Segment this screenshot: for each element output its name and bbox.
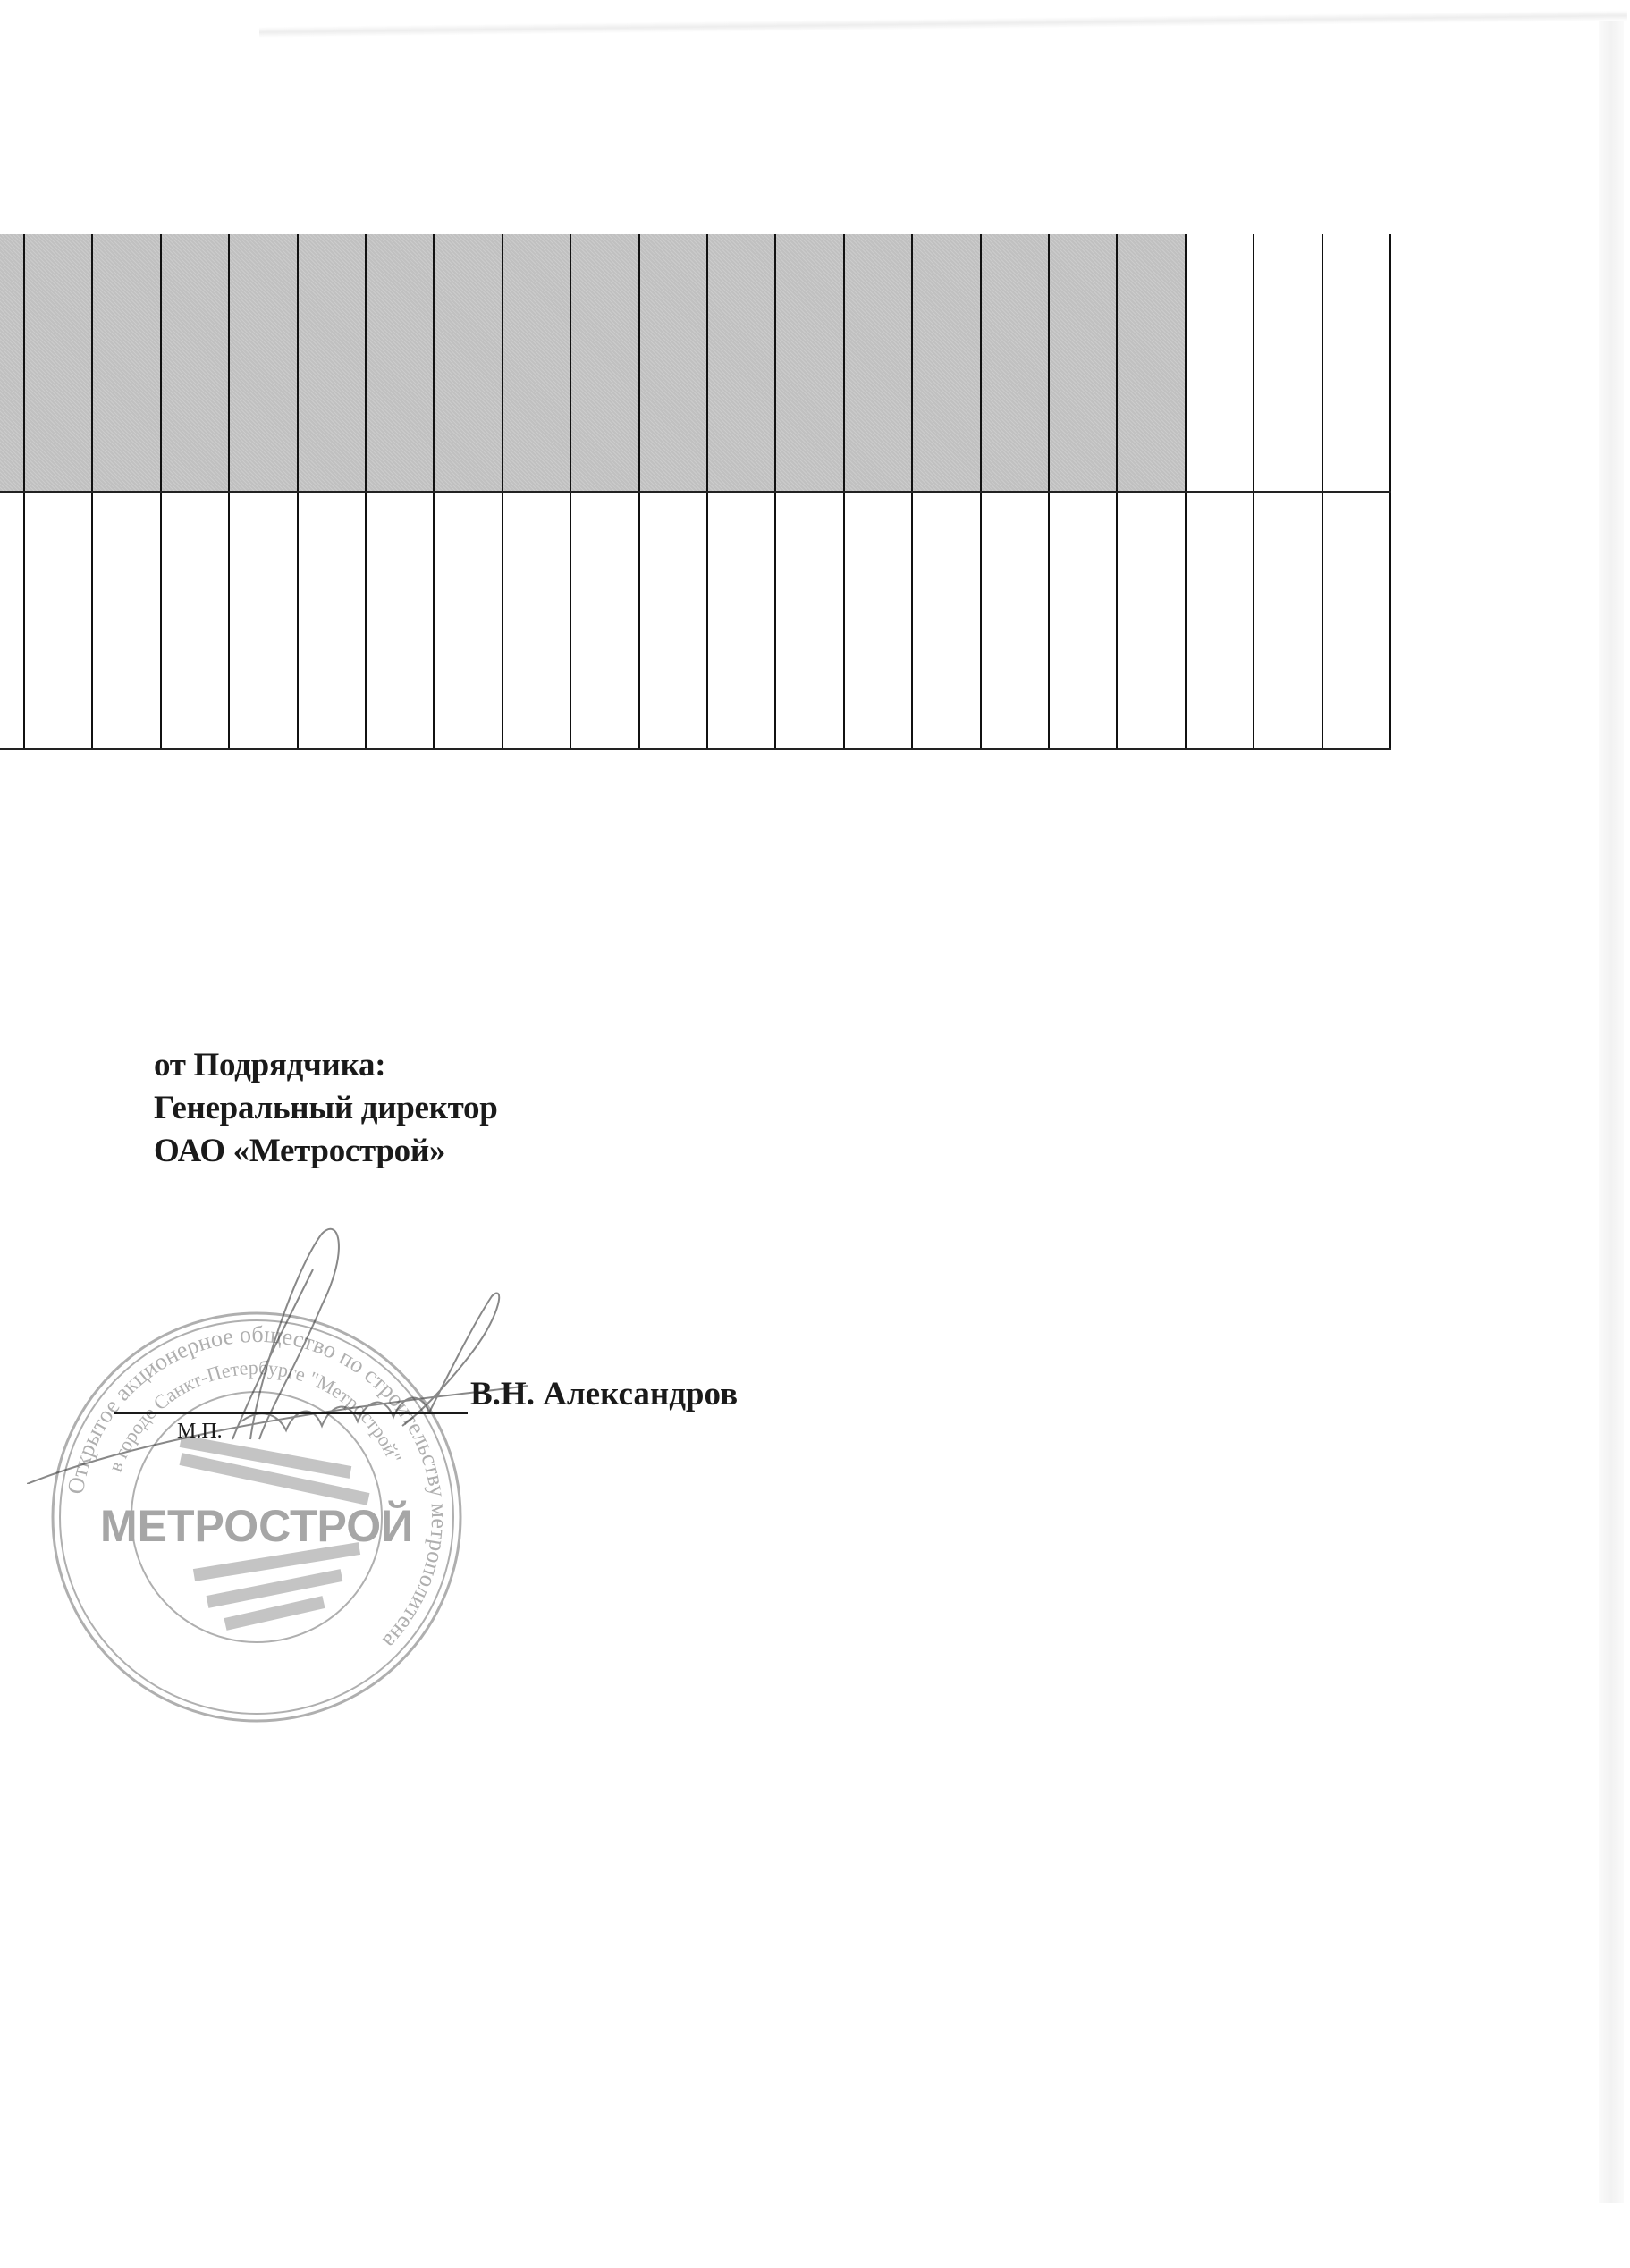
seal-place-label: М.П. — [177, 1420, 223, 1444]
signatory-position: Генеральный директор — [154, 1087, 498, 1130]
signatory-name: В.Н. Александров — [470, 1375, 738, 1413]
handwritten-signature — [27, 1216, 528, 1484]
scan-page-edge-shadow — [259, 10, 1627, 38]
party-label: от Подрядчика: — [154, 1044, 498, 1087]
signature-line — [114, 1412, 468, 1414]
stamp-center-text: МЕТРОСТРОЙ — [100, 1500, 413, 1551]
grid-row-divider — [0, 491, 1391, 493]
signature-block: от Подрядчика: Генеральный директор ОАО … — [154, 1044, 498, 1173]
signatory-organization: ОАО «Метрострой» — [154, 1130, 498, 1173]
schedule-grid-table — [0, 234, 1395, 749]
grid-row-divider — [0, 748, 1391, 750]
shaded-row-band — [0, 234, 1185, 492]
scan-page-edge-right — [1599, 21, 1624, 2203]
